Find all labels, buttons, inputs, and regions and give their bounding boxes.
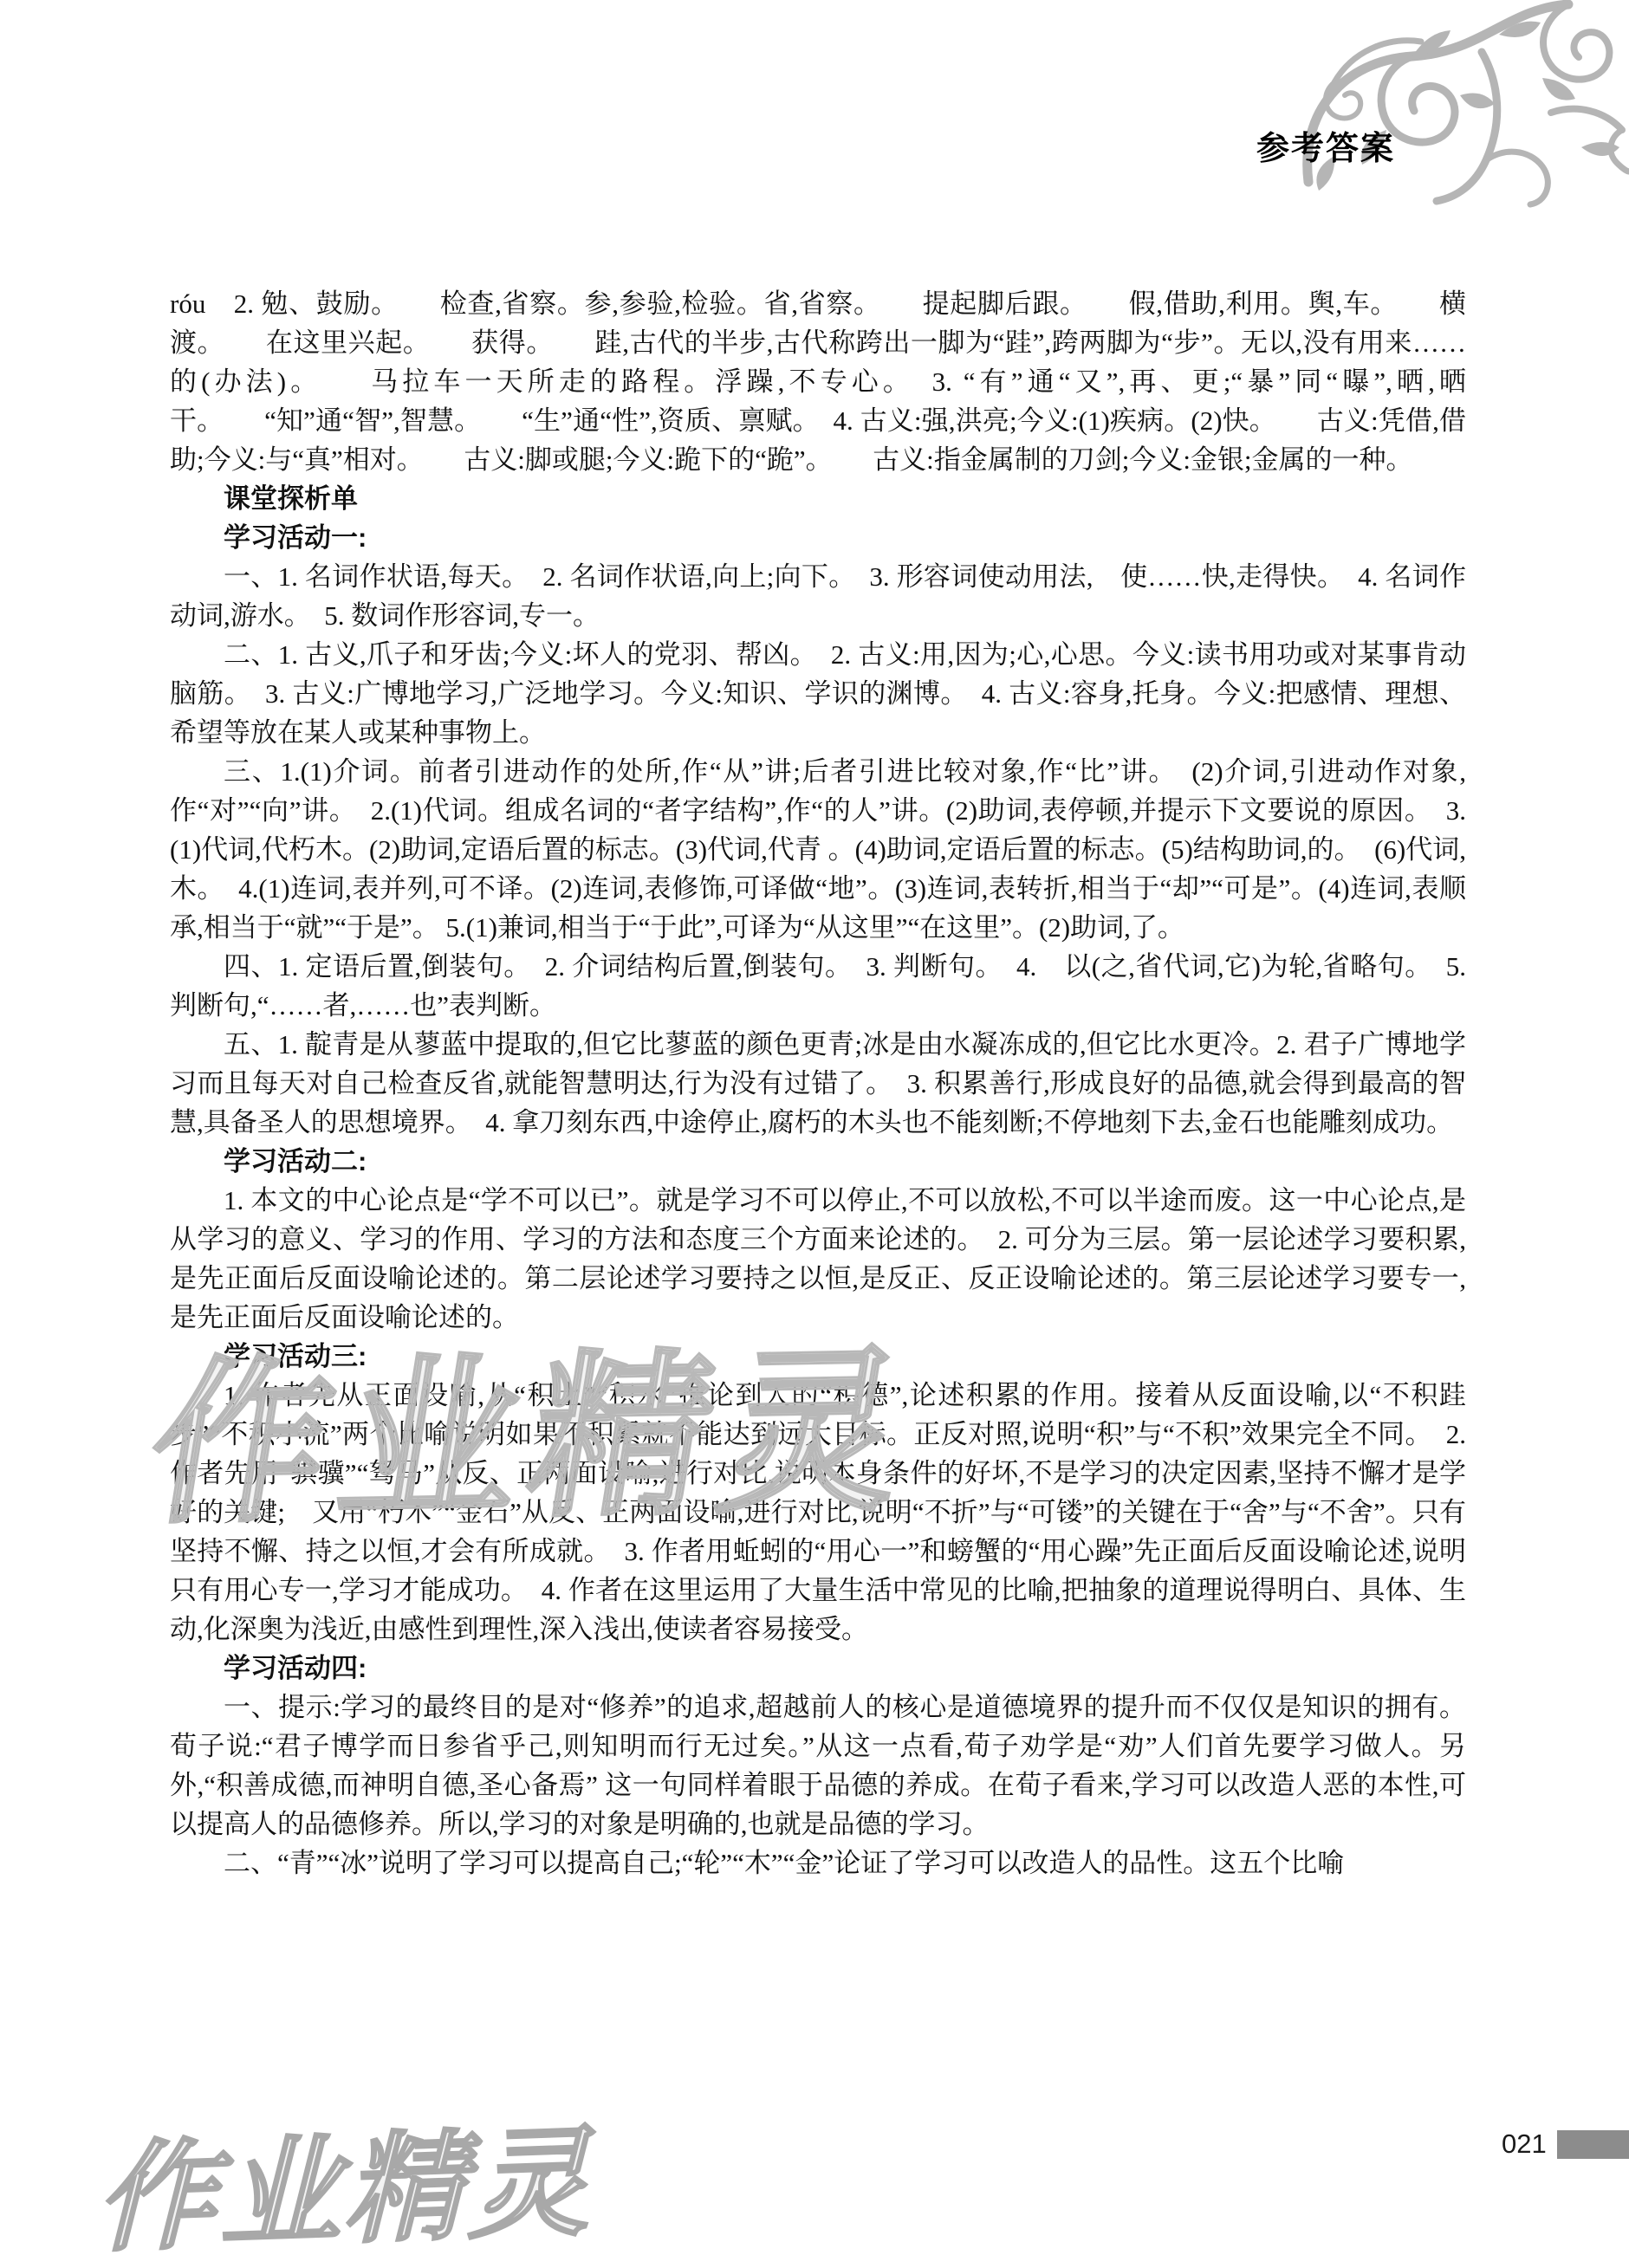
answer-paragraph-activity2: 1. 本文的中心论点是“学不可以已”。就是学习不可以停止,不可以放松,不可以半途… [170,1181,1466,1337]
activity-heading-2: 学习活动二: [170,1142,1466,1181]
answer-paragraph-activity4-part1: 一、提示:学习的最终目的是对“修养”的追求,超越前人的核心是道德境界的提升而不仅… [170,1688,1466,1844]
activity-heading-1: 学习活动一: [170,518,1466,557]
page-title: 参考答案 [1256,121,1395,169]
section-heading-classroom-analysis: 课堂探析单 [170,479,1466,518]
answer-paragraph-activity1-part5: 五、1. 靛青是从蓼蓝中提取的,但它比蓼蓝的颜色更青;冰是由水凝冻成的,但它比水… [170,1025,1466,1142]
answer-paragraph-activity1-part4: 四、1. 定语后置,倒装句。 2. 介词结构后置,倒装句。 3. 判断句。 4.… [170,947,1466,1025]
activity-heading-3: 学习活动三: [170,1337,1466,1376]
answer-paragraph-activity1-part3: 三、1.(1)介词。前者引进动作的处所,作“从”讲;后者引进比较对象,作“比”讲… [170,752,1466,947]
answer-content: róu 2. 勉、鼓励。 检查,省察。参,参验,检验。省,省察。 提起脚后跟。 … [170,284,1466,1882]
footer-bar-decoration [1557,2130,1629,2159]
answer-paragraph-activity1-part2: 二、1. 古义,爪子和牙齿;今义:坏人的党羽、帮凶。 2. 古义:用,因为;心,… [170,635,1466,752]
answer-paragraph-activity3: 1. 作者先从正面设喻,从“积土”“积水”推论到人的“积德”,论述积累的作用。接… [170,1376,1466,1649]
floral-flourish-decoration [1282,0,1629,208]
page-number: 021 [1502,2129,1547,2160]
activity-heading-4: 学习活动四: [170,1649,1466,1688]
watermark-bottom: 作业精灵 [87,2086,626,2268]
answer-page: 参考答案 róu 2. 勉、鼓励。 检查,省察。参,参验,检验。省,省察。 提起… [0,0,1629,2268]
answer-paragraph-activity1-part1: 一、1. 名词作状语,每天。 2. 名词作状语,向上;向下。 3. 形容词使动用… [170,557,1466,635]
answer-paragraph-continuation: róu 2. 勉、鼓励。 检查,省察。参,参验,检验。省,省察。 提起脚后跟。 … [170,284,1466,479]
answer-paragraph-activity4-part2: 二、“青”“冰”说明了学习可以提高自己;“轮”“木”“金”论证了学习可以改造人的… [170,1844,1466,1882]
